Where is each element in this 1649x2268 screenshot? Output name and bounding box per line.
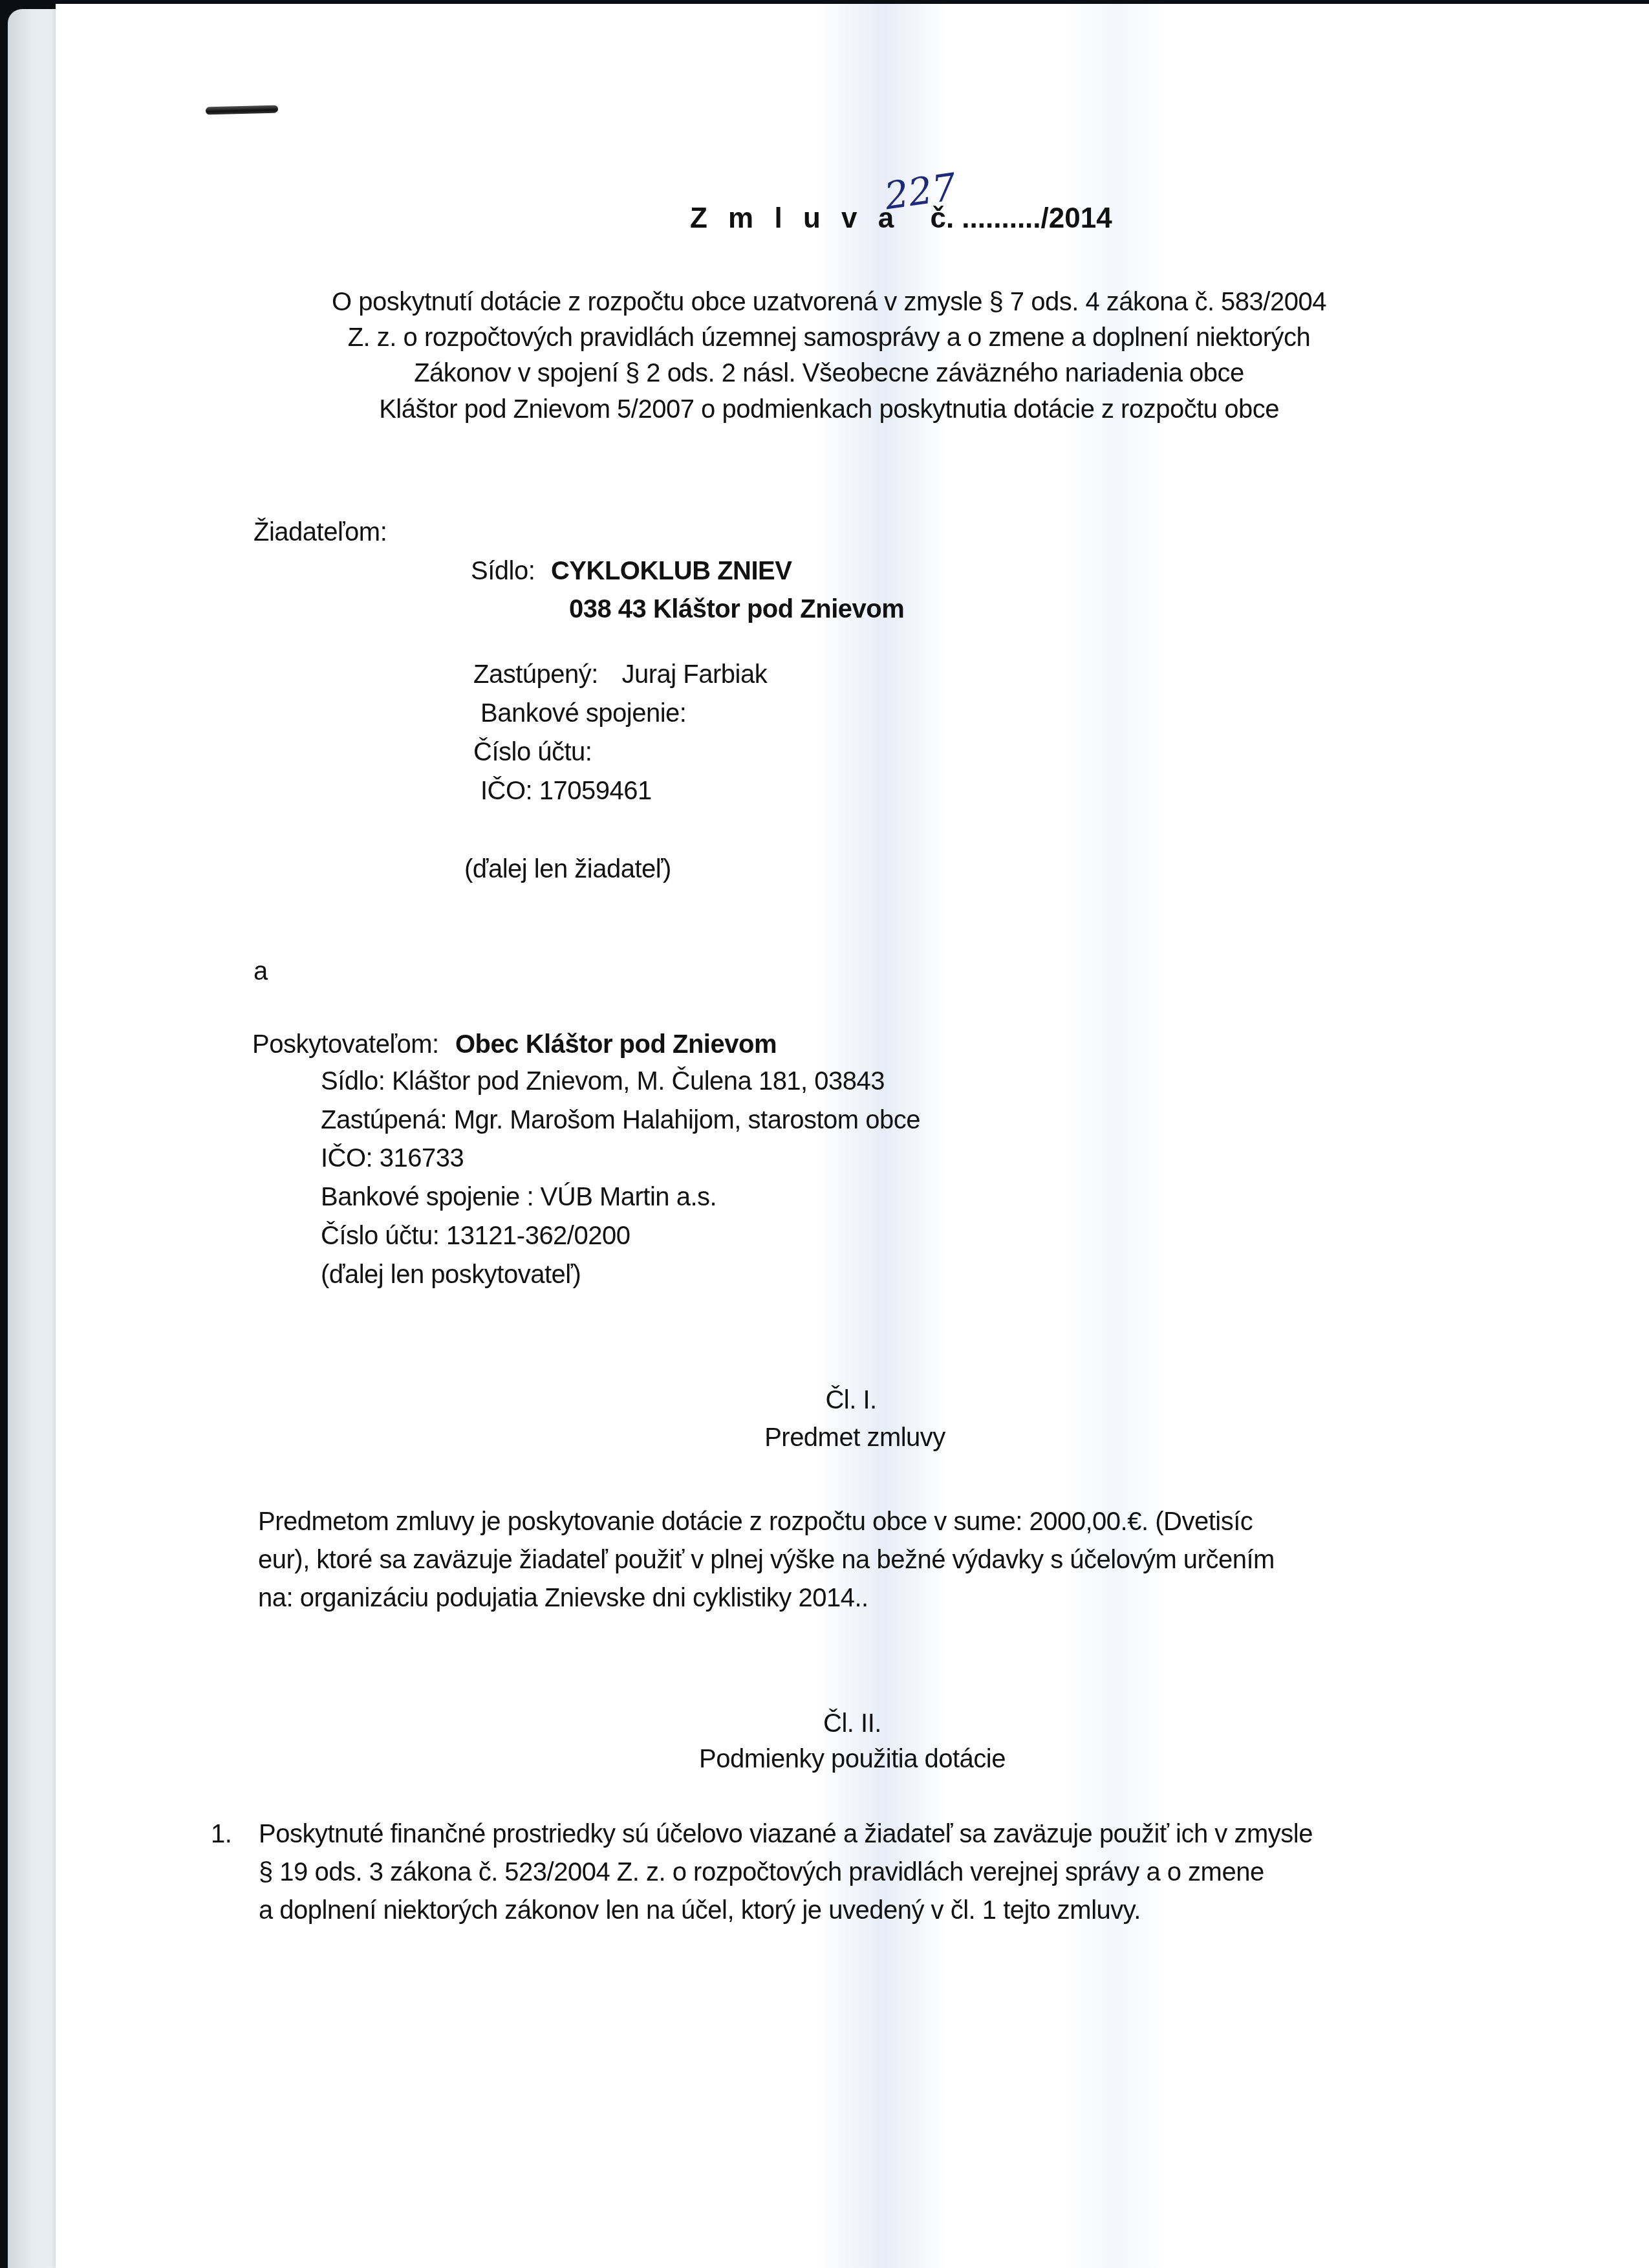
- applicant-heading: Žiadateľom:: [253, 519, 387, 545]
- article2-item-marker: 1.: [211, 1821, 232, 1847]
- article1-line: Predmetom zmluvy je poskytovanie dotácie…: [258, 1509, 1253, 1535]
- article2-item-line: § 19 ods. 3 zákona č. 523/2004 Z. z. o r…: [259, 1859, 1264, 1885]
- provider-alias: (ďalej len poskytovateľ): [321, 1262, 581, 1288]
- contract-title-word: Z m l u v a: [690, 202, 900, 234]
- applicant-represented-row: Zastúpený: Juraj Farbiak: [473, 662, 767, 687]
- article2-item-line: a doplnení niektorých zákonov len na úče…: [259, 1897, 1141, 1923]
- preamble-line: O poskytnutí dotácie z rozpočtu obce uza…: [332, 289, 1326, 315]
- applicant-ico: IČO: 17059461: [480, 778, 652, 804]
- applicant-alias: (ďalej len žiadateľ): [464, 856, 671, 882]
- article1-heading: Predmet zmluvy: [764, 1425, 945, 1451]
- preamble-line: Kláštor pod Znievom 5/2007 o podmienkach…: [379, 396, 1279, 422]
- provider-name: Obec Kláštor pod Znievom: [455, 1031, 777, 1057]
- applicant-bank-label: Bankové spojenie:: [480, 700, 686, 726]
- provider-ico: IČO: 316733: [321, 1145, 464, 1171]
- provider-represented: Zastúpená: Mgr. Marošom Halahijom, staro…: [321, 1107, 920, 1133]
- applicant-account-label: Číslo účtu:: [473, 739, 592, 765]
- article2-item-line: Poskytnuté finančné prostriedky sú účelo…: [259, 1821, 1313, 1847]
- article1-line: eur), ktoré sa zaväzuje žiadateľ použiť …: [258, 1547, 1275, 1573]
- provider-account: Číslo účtu: 13121-362/0200: [321, 1223, 630, 1249]
- provider-heading: Poskytovateľom:: [252, 1031, 439, 1057]
- article1-line: na: organizáciu podujatia Znievske dni c…: [258, 1585, 868, 1611]
- preamble-line: Zákonov v spojení § 2 ods. 2 násl. Všeob…: [414, 360, 1244, 386]
- provider-bank: Bankové spojenie : VÚB Martin a.s.: [321, 1184, 717, 1210]
- conjunction: a: [253, 958, 268, 984]
- article2-heading: Podmienky použitia dotácie: [699, 1746, 1006, 1772]
- applicant-represented-label: Zastúpený:: [473, 660, 598, 689]
- applicant-seat-label: Sídlo:: [471, 557, 535, 585]
- preamble-line: Z. z. o rozpočtových pravidlách územnej …: [348, 325, 1311, 351]
- article2-number: Čl. II.: [823, 1711, 881, 1736]
- applicant-address: 038 43 Kláštor pod Znievom: [569, 596, 904, 622]
- provider-seat: Sídlo: Kláštor pod Znievom, M. Čulena 18…: [321, 1068, 885, 1094]
- article1-number: Čl. I.: [825, 1387, 876, 1413]
- applicant-seat-row: Sídlo: CYKLOKLUB ZNIEV: [471, 558, 792, 584]
- applicant-represented-value: Juraj Farbiak: [622, 660, 768, 689]
- applicant-name: CYKLOKLUB ZNIEV: [551, 557, 792, 585]
